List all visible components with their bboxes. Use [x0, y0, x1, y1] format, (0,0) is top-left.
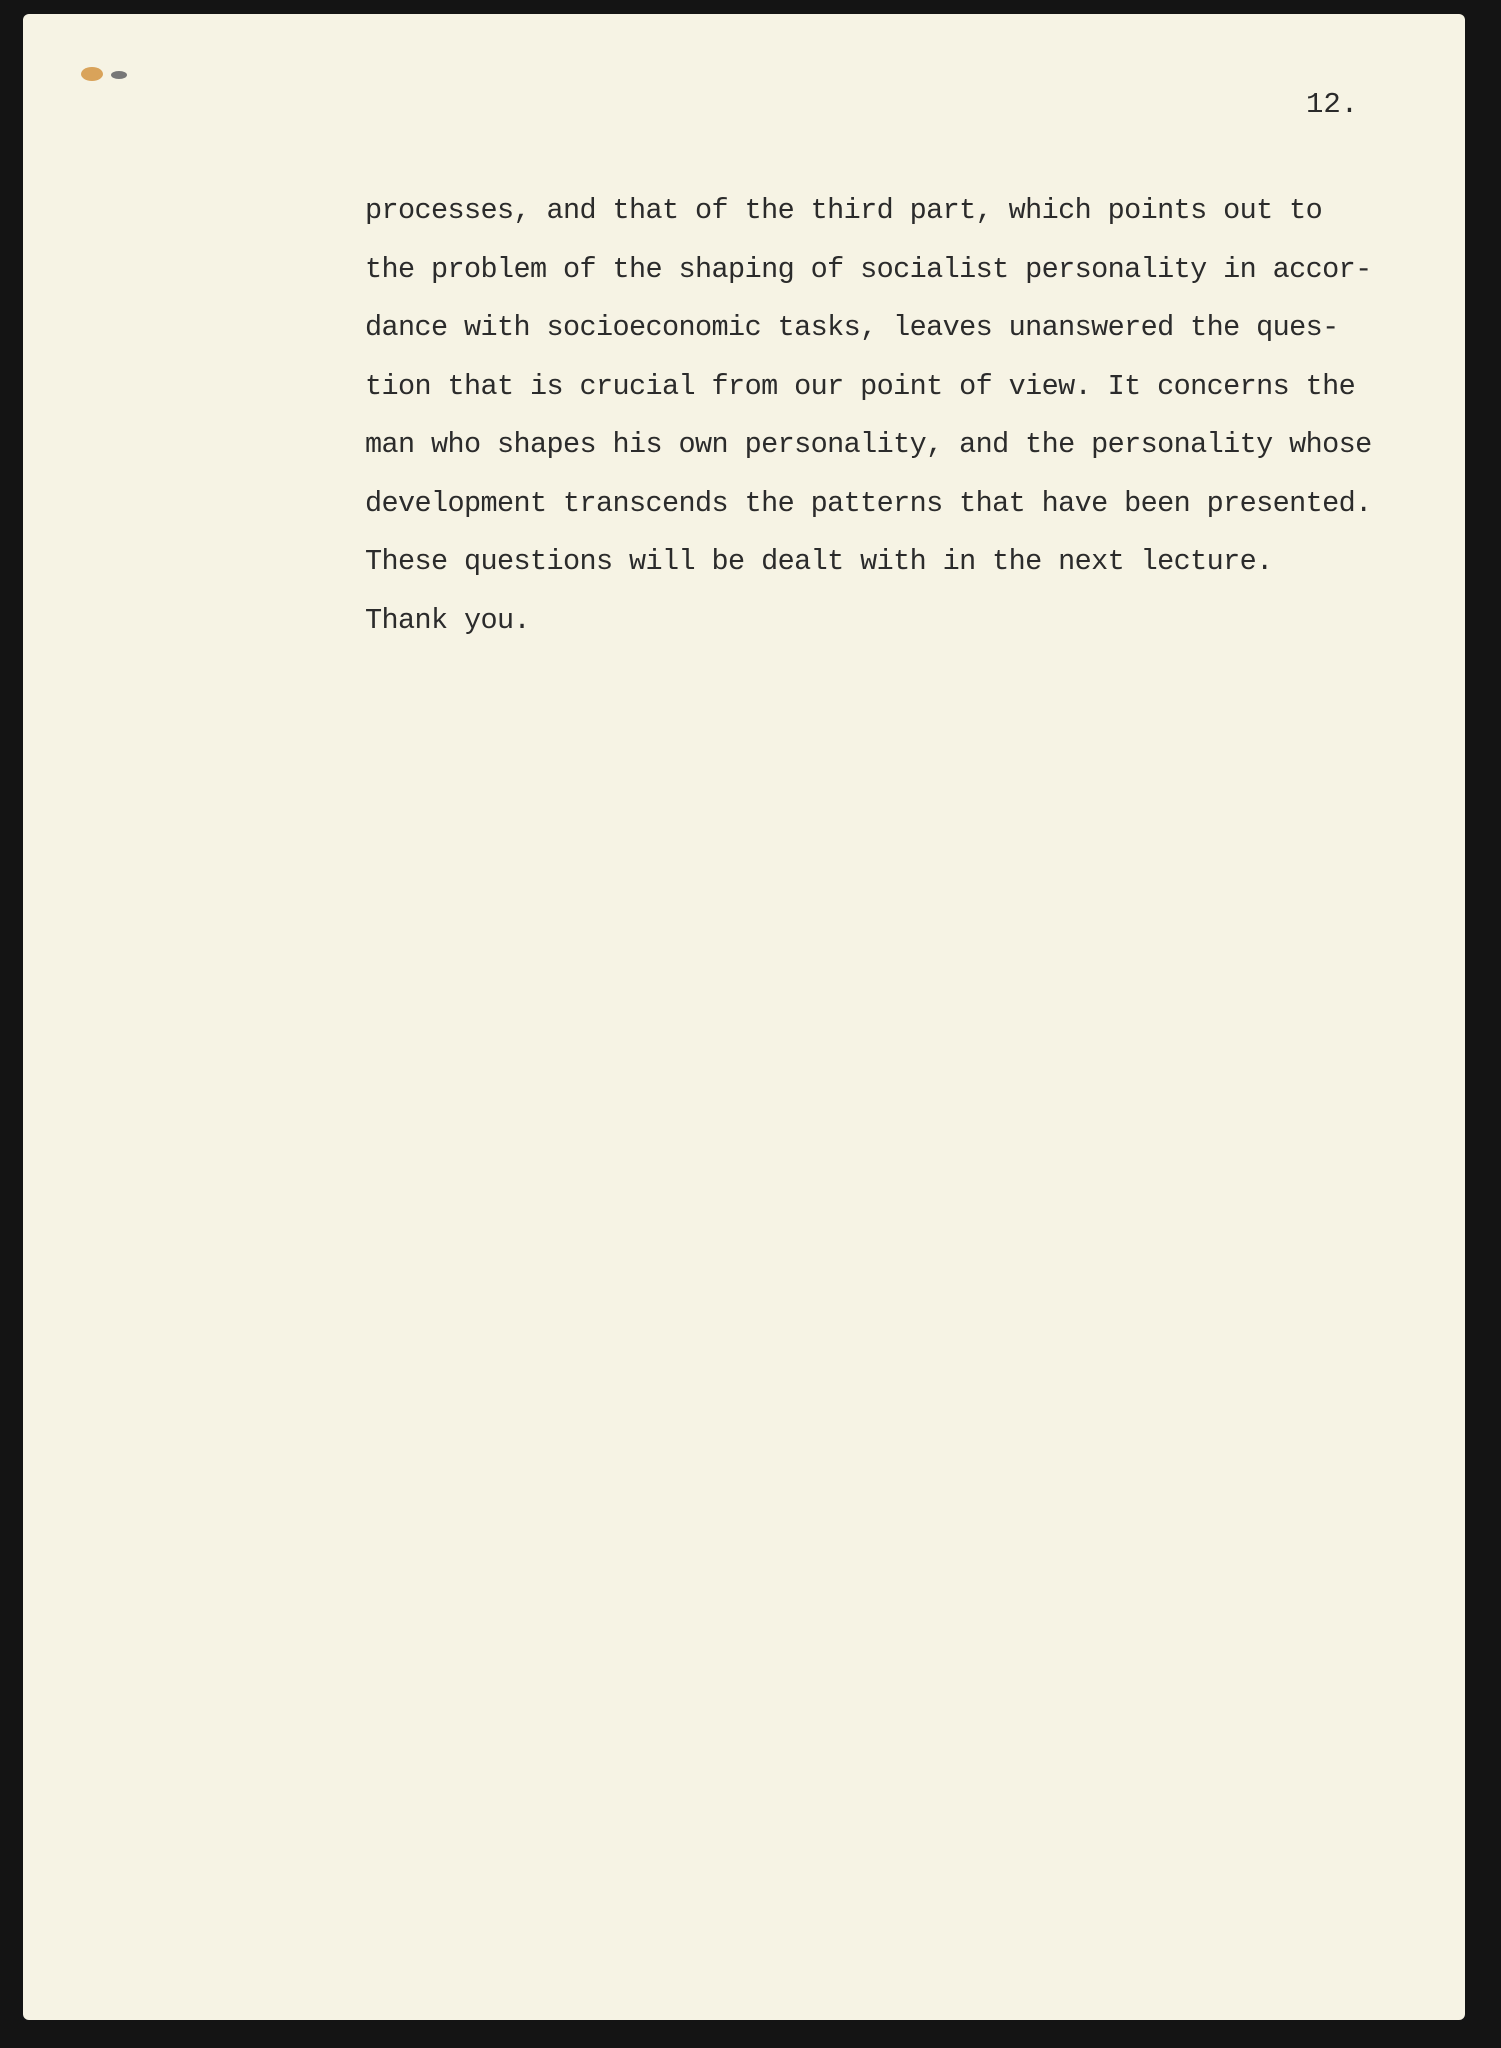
stain-mark	[111, 71, 127, 79]
text-line: These questions will be dealt with in th…	[365, 537, 1465, 596]
page-number: 12.	[1306, 88, 1358, 121]
text-line: processes, and that of the third part, w…	[365, 186, 1465, 245]
text-line: development transcends the patterns that…	[365, 479, 1465, 538]
body-text: processes, and that of the third part, w…	[365, 186, 1465, 654]
text-line: the problem of the shaping of socialist …	[365, 245, 1465, 304]
text-line: man who shapes his own personality, and …	[365, 420, 1465, 479]
text-line: Thank you.	[365, 596, 1465, 655]
stain-mark	[81, 67, 103, 81]
text-line: tion that is crucial from our point of v…	[365, 362, 1465, 421]
text-line: dance with socioeconomic tasks, leaves u…	[365, 303, 1465, 362]
